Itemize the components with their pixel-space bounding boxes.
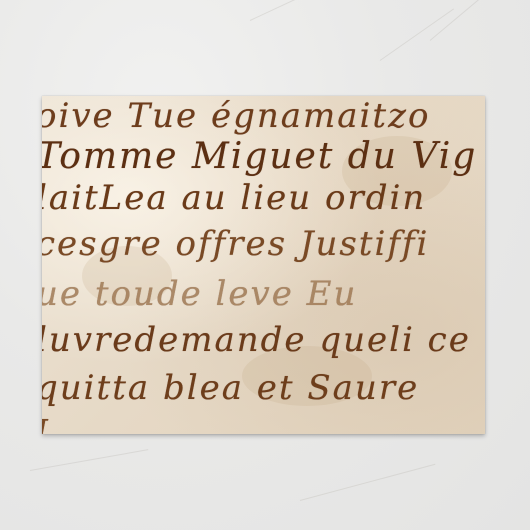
script-line-6: luvredemande queli ce [42,320,471,360]
script-line-8: L [42,414,58,434]
script-line-2: Tomme Miguet du Vig [42,136,477,177]
marble-vein [30,449,148,471]
script-line-3: laitLea au lieu ordin [42,178,426,218]
script-line-4: cesgre offres Justiffi [42,224,429,264]
marble-vein [300,464,435,501]
script-line-1: oive Tue égnamaitzo [42,96,430,136]
marble-vein [380,8,454,60]
postcard: oive Tue égnamaitzo Tomme Miguet du Vig … [42,96,485,434]
script-line-7: quitta blea et Saure [42,368,419,408]
script-line-5: ue toude leve Eu [42,274,357,314]
marble-vein [250,0,305,21]
